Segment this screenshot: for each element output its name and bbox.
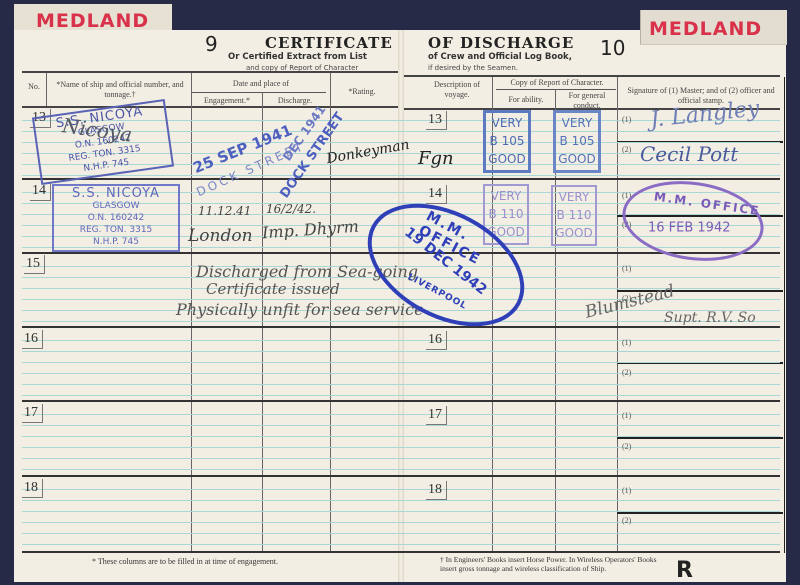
ruled-line bbox=[22, 351, 780, 352]
title-left: CERTIFICATE bbox=[265, 34, 393, 52]
row-number: 17 bbox=[22, 404, 43, 423]
voyage-handwritten: Fgn bbox=[418, 148, 454, 169]
ruled-line bbox=[22, 373, 780, 374]
col-report: Copy of Report of Character. bbox=[496, 78, 618, 88]
row-number: 17 bbox=[426, 406, 447, 425]
ruled-line bbox=[22, 436, 780, 437]
row-rule bbox=[22, 551, 780, 553]
row-number: 18 bbox=[426, 481, 447, 500]
page-edge bbox=[784, 77, 785, 553]
name-tab-right: MEDLAND bbox=[640, 10, 787, 45]
ruled-line bbox=[22, 340, 780, 341]
date-place-rule bbox=[192, 92, 326, 93]
ruled-line bbox=[22, 469, 780, 470]
engagement-date: 11.12.41 bbox=[198, 204, 251, 218]
ruled-line bbox=[22, 362, 780, 363]
row-rule bbox=[22, 178, 780, 180]
ruled-line bbox=[22, 384, 780, 385]
row-number: 13 bbox=[426, 111, 447, 130]
ship-stamp: S.S. NICOYA GLASGOW O.N. 160242 REG. TON… bbox=[52, 184, 180, 252]
ruled-line bbox=[22, 458, 780, 459]
row-number: 18 bbox=[22, 479, 43, 498]
header-top-rule bbox=[22, 71, 398, 73]
sig-label-1: (1) bbox=[622, 115, 631, 124]
ruled-line bbox=[22, 522, 780, 523]
letter-r: R bbox=[676, 558, 693, 583]
row-number: 16 bbox=[22, 330, 43, 349]
engagement-place: London bbox=[188, 226, 253, 246]
ability-stamp: VERYB 105GOOD bbox=[483, 110, 531, 173]
header-top-rule-right bbox=[404, 75, 780, 77]
col-ship: *Name of ship and official number, and t… bbox=[50, 80, 190, 100]
ruled-line bbox=[22, 447, 780, 448]
row-rule bbox=[22, 475, 780, 477]
col-ability: For ability. bbox=[496, 95, 556, 105]
subtitle-left: Or Certified Extract from List bbox=[228, 52, 367, 62]
sig-label-1: (1) bbox=[622, 411, 631, 420]
title-right: OF DISCHARGE bbox=[428, 34, 574, 52]
sig-label-2: (2) bbox=[622, 516, 631, 525]
officer-signature: Cecil Pott bbox=[640, 142, 738, 166]
col-divider bbox=[46, 73, 47, 106]
sig-rule bbox=[617, 512, 783, 514]
conduct-stamp: VERYB 105GOOD bbox=[553, 110, 601, 173]
row-number: 14 bbox=[426, 185, 447, 204]
col-engagement: Engagement.* bbox=[192, 96, 262, 106]
row-number: 15 bbox=[24, 255, 45, 274]
footnote-engagement: * These columns are to be filled in at t… bbox=[92, 557, 278, 566]
left-page-number: 9 bbox=[205, 32, 218, 56]
conduct-stamp: VERYB 110GOOD bbox=[551, 185, 597, 246]
sig-label-1: (1) bbox=[622, 264, 631, 273]
row-rule bbox=[22, 326, 780, 328]
col-rating: *Rating. bbox=[332, 87, 392, 97]
report-rule bbox=[496, 89, 616, 90]
subtitle2-right: if desired by the Seamen. bbox=[428, 64, 518, 72]
supt-signature: Supt. R.V. So bbox=[664, 310, 756, 326]
ruled-line bbox=[22, 425, 780, 426]
ruled-line bbox=[22, 414, 780, 415]
sig-label-2: (2) bbox=[622, 442, 631, 451]
row-number: 16 bbox=[426, 331, 447, 350]
note-line: Physically unfit for sea service bbox=[176, 300, 424, 319]
name-label-right: MEDLAND bbox=[649, 18, 762, 40]
ruled-line bbox=[22, 500, 780, 501]
subtitle-right: of Crew and Official Log Book, bbox=[428, 52, 572, 62]
col-conduct: For general conduct. bbox=[556, 91, 618, 111]
row-rule bbox=[22, 400, 780, 402]
name-label-left: MEDLAND bbox=[36, 10, 149, 32]
header-bottom-rule bbox=[22, 106, 398, 108]
col-date-place: Date and place of bbox=[192, 79, 330, 89]
sig-rule bbox=[617, 437, 783, 439]
right-page-number: 10 bbox=[600, 36, 625, 60]
col-voyage: Description of voyage. bbox=[424, 80, 490, 100]
sig-label-1: (1) bbox=[622, 486, 631, 495]
ruled-line bbox=[22, 544, 780, 545]
ruled-line bbox=[22, 175, 780, 176]
ruled-line bbox=[22, 533, 780, 534]
ruled-line bbox=[22, 395, 780, 396]
sig-label-2: (2) bbox=[622, 368, 631, 377]
footnote-engineers: † In Engineers' Books insert Horse Power… bbox=[440, 555, 660, 573]
discharge-date: 16/2/42. bbox=[266, 202, 316, 216]
ruled-line bbox=[22, 489, 780, 490]
ruled-line bbox=[22, 511, 780, 512]
col-no: No. bbox=[22, 82, 46, 92]
note-line: Certificate issued bbox=[206, 280, 340, 298]
sig-label-2: (2) bbox=[622, 145, 631, 154]
sig-label-1: (1) bbox=[622, 338, 631, 347]
